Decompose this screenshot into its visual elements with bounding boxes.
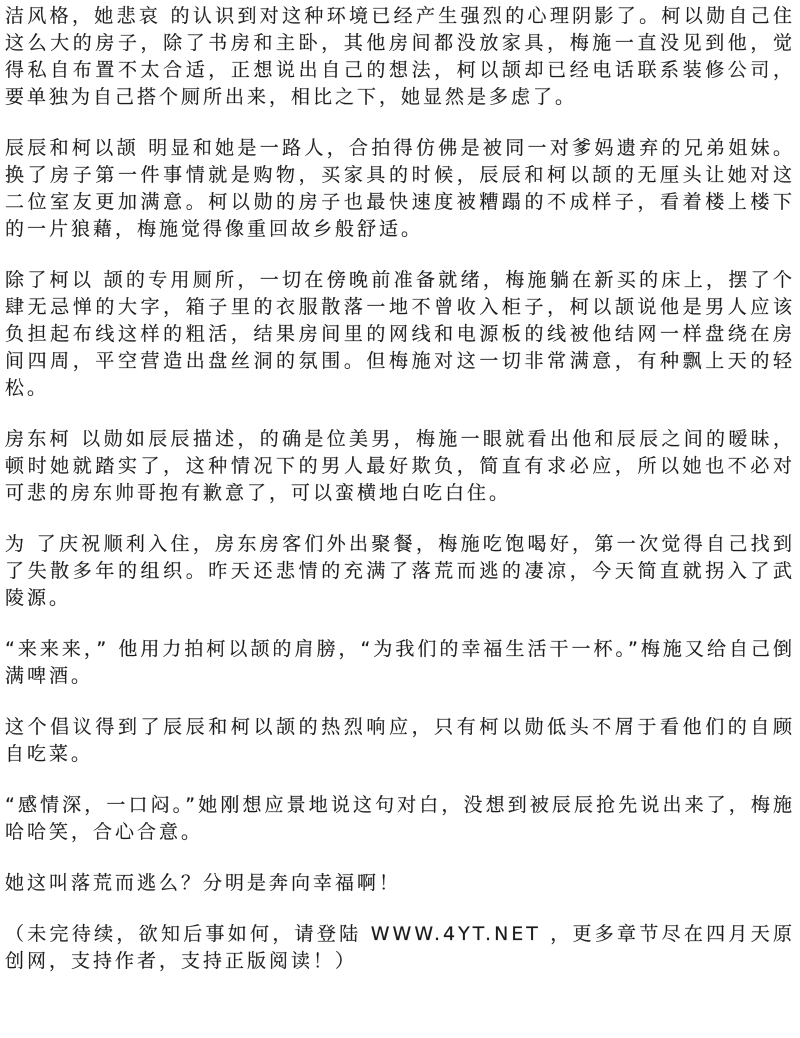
paragraph-4: 房东柯 以勋如辰辰描述，的确是位美男，梅施一眼就看出他和辰辰之间的暧昧，顿时她就… xyxy=(5,426,795,507)
paragraph-8-dialogue: “感情深，一口闷。”她刚想应景地说这句对白，没想到被辰辰抢先说出来了，梅施哈哈笑… xyxy=(5,792,795,846)
paragraph-1: 洁风格，她悲哀 的认识到对这种环境已经产生强烈的心理阴影了。柯以勋自己住这么大的… xyxy=(5,3,795,111)
novel-page: 洁风格，她悲哀 的认识到对这种环境已经产生强烈的心理阴影了。柯以勋自己住这么大的… xyxy=(0,0,800,1038)
paragraph-3: 除了柯以 颉的专用厕所，一切在傍晚前准备就绪，梅施躺在新买的床上，摆了个肆无忌惮… xyxy=(5,267,795,402)
paragraph-9: 她这叫落荒而逃么？分明是奔向幸福啊！ xyxy=(5,870,795,897)
paragraph-5: 为 了庆祝顺利入住，房东房客们外出聚餐，梅施吃饱喝好，第一次觉得自己找到了失散多… xyxy=(5,531,795,612)
paragraph-10-to-be-continued-notice: （未完待续，欲知后事如何，请登陆 WWW.4YT.NET ，更多章节尽在四月天原… xyxy=(5,921,795,975)
paragraph-7: 这个倡议得到了辰辰和柯以颉的热烈响应，只有柯以勋低头不屑于看他们的自顾自吃菜。 xyxy=(5,714,795,768)
paragraph-6-dialogue: “来来来，” 他用力拍柯以颉的肩膀，“为我们的幸福生活干一杯。”梅施又给自己倒满… xyxy=(5,636,795,690)
paragraph-2: 辰辰和柯以颉 明显和她是一路人，合拍得仿佛是被同一对爹妈遗弃的兄弟姐妹。换了房子… xyxy=(5,135,795,243)
